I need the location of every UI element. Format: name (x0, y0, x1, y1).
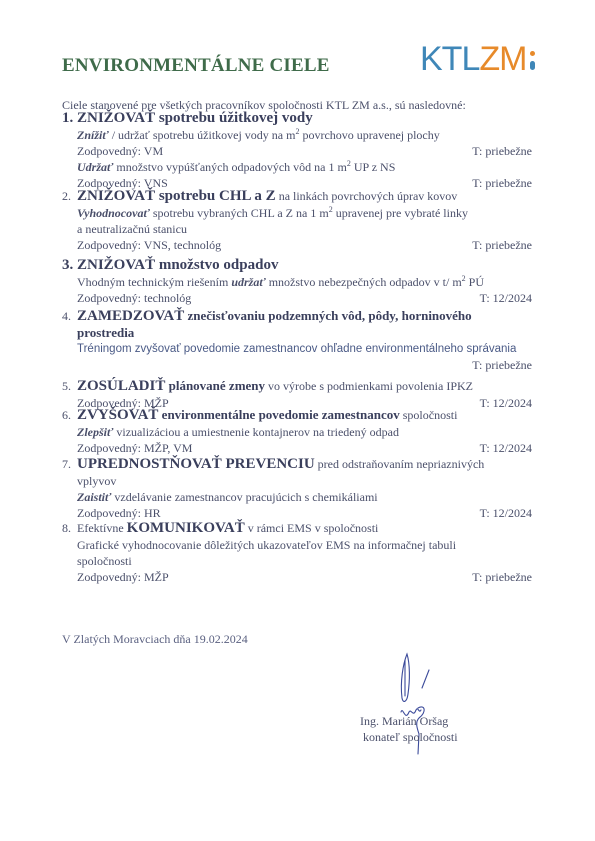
goal-item: 8.Efektívne KOMUNIKOVAŤ v rámci EMS v sp… (62, 520, 532, 585)
responsible-person: Zodpovedný: technológ (77, 290, 191, 306)
goal-number: 1. (62, 110, 77, 127)
goal-number: 4. (62, 308, 77, 325)
goal-heading: 6.ZVYŠOVAŤ environmentálne povedomie zam… (62, 406, 532, 424)
goal-heading: 2.ZNIŽOVAŤ spotrebu CHL a Z na linkách p… (62, 188, 532, 205)
action-verb: Zlepšiť (77, 425, 113, 439)
goal-subject: množstvo odpadov (155, 257, 278, 273)
goal-subject: znečisťovaniu podzemných vôd, pôdy, horn… (184, 308, 471, 323)
superscript: 2 (347, 159, 351, 168)
company-logo: KTLZM (420, 36, 535, 76)
action-verb: udržať (231, 275, 265, 289)
goal-subject: spotrebu úžitkovej vody (155, 110, 313, 126)
goal-title-continuation: vplyvov (62, 473, 532, 489)
responsibility-row: Zodpovedný: MŽP, VMT: 12/2024 (62, 440, 532, 456)
goal-action: Vyhodnocovať spotrebu vybraných CHL a Z … (62, 205, 532, 221)
responsible-person: Zodpovedný: VM (77, 143, 163, 159)
deadline: T: priebežne (472, 237, 532, 253)
signer-role: konateľ spoločnosti (360, 729, 458, 745)
goal-heading: 4.ZAMEDZOVAŤ znečisťovaniu podzemných vô… (62, 307, 532, 325)
superscript: 2 (295, 127, 299, 136)
goal-item: 1.ZNIŽOVAŤ spotrebu úžitkovej vodyZnížiť… (62, 110, 532, 191)
goal-number: 5. (62, 378, 77, 395)
logo-ktl-text: KTL (420, 42, 479, 76)
goal-action: spoločnosti (62, 553, 532, 569)
goal-title: ZAMEDZOVAŤ znečisťovaniu podzemných vôd,… (77, 307, 472, 325)
goal-title: Efektívne KOMUNIKOVAŤ v rámci EMS v spol… (77, 520, 378, 537)
responsible-person: Zodpovedný: MŽP (77, 569, 169, 585)
goal-title: ZVYŠOVAŤ environmentálne povedomie zames… (77, 406, 457, 424)
goal-keyword: ZNIŽOVAŤ (77, 188, 155, 204)
goal-heading: 1.ZNIŽOVAŤ spotrebu úžitkovej vody (62, 110, 532, 127)
goal-action: Vhodným technickým riešením udržať množs… (62, 274, 532, 290)
responsibility-row: Zodpovedný: VMT: priebežne (62, 143, 532, 159)
responsible-person: Zodpovedný: VNS, technológ (77, 237, 221, 253)
goal-title: ZNIŽOVAŤ spotrebu CHL a Z na linkách pov… (77, 188, 457, 205)
goal-heading: 8.Efektívne KOMUNIKOVAŤ v rámci EMS v sp… (62, 520, 532, 537)
goal-keyword: UPREDNOSTŇOVAŤ PREVENCIU (77, 456, 315, 472)
action-verb: Vyhodnocovať (77, 206, 150, 220)
goal-item: 7.UPREDNOSTŇOVAŤ PREVENCIU pred odstraňo… (62, 456, 532, 521)
goal-keyword: ZAMEDZOVAŤ (77, 308, 184, 324)
goal-action: Znížiť / udržať spotrebu úžitkovej vody … (62, 127, 532, 143)
responsible-person: Zodpovedný: HR (77, 505, 161, 521)
goal-heading: 7.UPREDNOSTŇOVAŤ PREVENCIU pred odstraňo… (62, 456, 532, 473)
deadline: T: 12/2024 (480, 505, 532, 521)
page-title: ENVIRONMENTÁLNE CIELE (62, 55, 330, 77)
goal-subject: plánované zmeny (165, 378, 265, 393)
goal-title: ZNIŽOVAŤ spotrebu úžitkovej vody (77, 110, 313, 127)
deadline: T: priebežne (472, 143, 532, 159)
deadline: T: 12/2024 (480, 290, 532, 306)
goal-action: Grafické vyhodnocovanie dôležitých ukazo… (62, 537, 532, 553)
goal-action: Zlepšiť vizualizáciou a umiestnenie kont… (62, 424, 532, 440)
goal-title: UPREDNOSTŇOVAŤ PREVENCIU pred odstraňova… (77, 456, 484, 473)
goal-keyword: ZNIŽOVAŤ (77, 110, 155, 126)
goal-item: 3.ZNIŽOVAŤ množstvo odpadovVhodným techn… (62, 257, 532, 306)
goal-item: 6.ZVYŠOVAŤ environmentálne povedomie zam… (62, 406, 532, 456)
goal-subject: spotrebu CHL a Z (155, 188, 276, 204)
goal-number: 6. (62, 407, 77, 424)
responsible-person: Zodpovedný: MŽP, VM (77, 440, 192, 456)
deadline: T: priebežne (472, 357, 532, 373)
deadline: T: priebežne (472, 569, 532, 585)
goal-number: 2. (62, 188, 77, 205)
goal-heading: 5.ZOSÚLADIŤ plánované zmeny vo výrobe s … (62, 377, 532, 395)
responsibility-row: T: priebežne (62, 357, 532, 373)
action-verb: Udržať (77, 160, 113, 174)
goal-keyword: ZVYŠOVAŤ (77, 407, 158, 423)
superscript: 2 (462, 274, 466, 283)
place-date: V Zlatých Moravciach dňa 19.02.2024 (62, 632, 248, 647)
responsibility-row: Zodpovedný: HRT: 12/2024 (62, 505, 532, 521)
goal-number: 3. (62, 257, 77, 274)
responsibility-row: Zodpovedný: VNS, technológT: priebežne (62, 237, 532, 253)
goal-keyword: ZNIŽOVAŤ (77, 257, 155, 273)
deadline: T: 12/2024 (480, 440, 532, 456)
goal-action: Tréningom zvyšovať povedomie zamestnanco… (62, 341, 532, 357)
signer-block: Ing. Marián Oršag konateľ spoločnosti (360, 713, 458, 745)
action-verb: Znížiť (77, 128, 109, 142)
responsibility-row: Zodpovedný: technológT: 12/2024 (62, 290, 532, 306)
goal-title-continuation: prostredia (62, 325, 532, 341)
goal-action: a neutralizačnú stanicu (62, 221, 532, 237)
goal-number: 7. (62, 456, 77, 473)
logo-zm-text: ZM (479, 42, 526, 76)
goal-number: 8. (62, 520, 77, 537)
action-verb: Zaistiť (77, 490, 111, 504)
superscript: 2 (329, 205, 333, 214)
goal-item: 2.ZNIŽOVAŤ spotrebu CHL a Z na linkách p… (62, 188, 532, 253)
goal-subject: environmentálne povedomie zamestnancov (158, 407, 399, 422)
goal-keyword: ZOSÚLADIŤ (77, 378, 165, 394)
signer-name: Ing. Marián Oršag (360, 713, 458, 729)
responsibility-row: Zodpovedný: MŽPT: priebežne (62, 569, 532, 585)
goal-item: 4.ZAMEDZOVAŤ znečisťovaniu podzemných vô… (62, 307, 532, 373)
goal-heading: 3.ZNIŽOVAŤ množstvo odpadov (62, 257, 532, 274)
logo-dots-icon (530, 51, 535, 70)
goal-title: ZNIŽOVAŤ množstvo odpadov (77, 257, 278, 274)
goal-action: Zaistiť vzdelávanie zamestnancov pracujú… (62, 489, 532, 505)
goal-title: ZOSÚLADIŤ plánované zmeny vo výrobe s po… (77, 377, 473, 395)
goal-action: Udržať množstvo vypúšťaných odpadových v… (62, 159, 532, 175)
goal-keyword: KOMUNIKOVAŤ (127, 520, 245, 536)
